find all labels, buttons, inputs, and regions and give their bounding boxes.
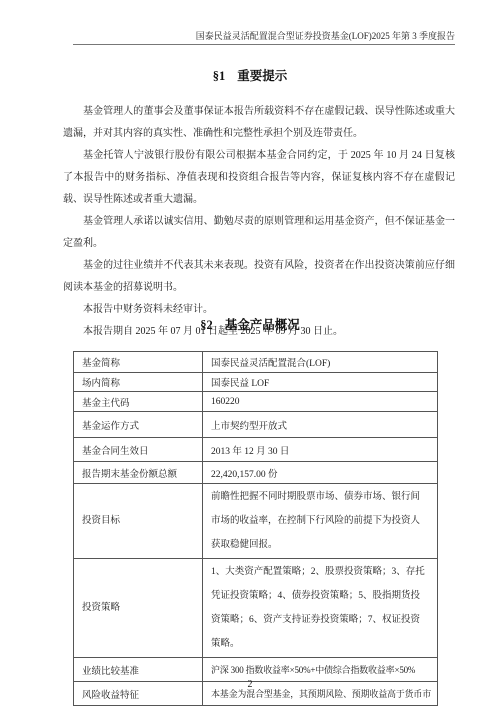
page-number: 2 [0,679,500,690]
field-value: 前瞻性把握不同时期股票市场、债券市场、银行间市场的收益率，在控制下行风险的前提下… [203,484,438,559]
table-row: 基金主代码160220 [74,392,438,412]
field-value: 160220 [203,392,438,412]
notice-paragraph: 基金管理人承诺以诚实信用、勤勉尽责的原则管理和运用基金资产，但不保证基金一定盈利… [63,211,455,255]
section2-number: §2 [200,318,213,332]
table-row: 基金运作方式上市契约型开放式 [74,412,438,438]
field-value: 国泰民益 LOF [203,373,438,392]
notice-paragraph: 基金管理人的董事会及董事保证本报告所载资料不存在虚假记载、误导性陈述或重大遗漏，… [63,101,455,145]
field-label: 基金简称 [74,352,203,373]
table-row: 场内简称国泰民益 LOF [74,373,438,392]
field-label: 基金主代码 [74,392,203,412]
field-value: 1、大类资产配置策略；2、股票投资策略；3、存托凭证投资策略；4、债券投资策略；… [203,559,438,658]
page-header: 国泰民益灵活配置混合型证券投资基金(LOF)2025 年第 3 季度报告 [73,30,455,45]
table-row: 投资目标前瞻性把握不同时期股票市场、债券市场、银行间市场的收益率，在控制下行风险… [74,484,438,559]
section1-heading: §1重要提示 [0,66,500,84]
table-row: 基金简称国泰民益灵活配置混合(LOF) [74,352,438,373]
header-title: 国泰民益灵活配置混合型证券投资基金(LOF)2025 年第 3 季度报告 [196,31,455,41]
section2-heading: §2基金产品概况 [0,315,500,333]
section1-number: §1 [213,69,226,83]
field-label: 投资策略 [74,559,203,658]
table-row: 报告期末基金份额总额22,420,157.00 份 [74,462,438,484]
field-label: 基金运作方式 [74,412,203,438]
field-value: 2013 年 12 月 30 日 [203,438,438,462]
table-row: 投资策略1、大类资产配置策略；2、股票投资策略；3、存托凭证投资策略；4、债券投… [74,559,438,658]
field-label: 投资目标 [74,484,203,559]
field-label: 报告期末基金份额总额 [74,462,203,484]
field-label: 场内简称 [74,373,203,392]
notice-paragraphs: 基金管理人的董事会及董事保证本报告所载资料不存在虚假记载、误导性陈述或重大遗漏，… [63,101,455,343]
field-value: 沪深 300 指数收益率×50%+中债综合指数收益率×50% [203,658,438,682]
report-page: 国泰民益灵活配置混合型证券投资基金(LOF)2025 年第 3 季度报告 §1重… [0,0,500,707]
table-row: 基金合同生效日2013 年 12 月 30 日 [74,438,438,462]
field-label: 业绩比较基准 [74,658,203,682]
field-value: 上市契约型开放式 [203,412,438,438]
field-value: 22,420,157.00 份 [203,462,438,484]
table-row: 业绩比较基准沪深 300 指数收益率×50%+中债综合指数收益率×50% [74,658,438,682]
notice-paragraph: 基金托管人宁波银行股份有限公司根据本基金合同约定，于 2025 年 10 月 2… [63,145,455,211]
field-label: 基金合同生效日 [74,438,203,462]
fund-overview-table: 基金简称国泰民益灵活配置混合(LOF)场内简称国泰民益 LOF基金主代码1602… [73,351,438,706]
notice-paragraph: 基金的过往业绩并不代表其未来表现。投资有风险，投资者在作出投资决策前应仔细阅读本… [63,255,455,299]
field-value: 国泰民益灵活配置混合(LOF) [203,352,438,373]
section1-title: 重要提示 [237,69,287,83]
section2-title: 基金产品概况 [225,318,300,332]
